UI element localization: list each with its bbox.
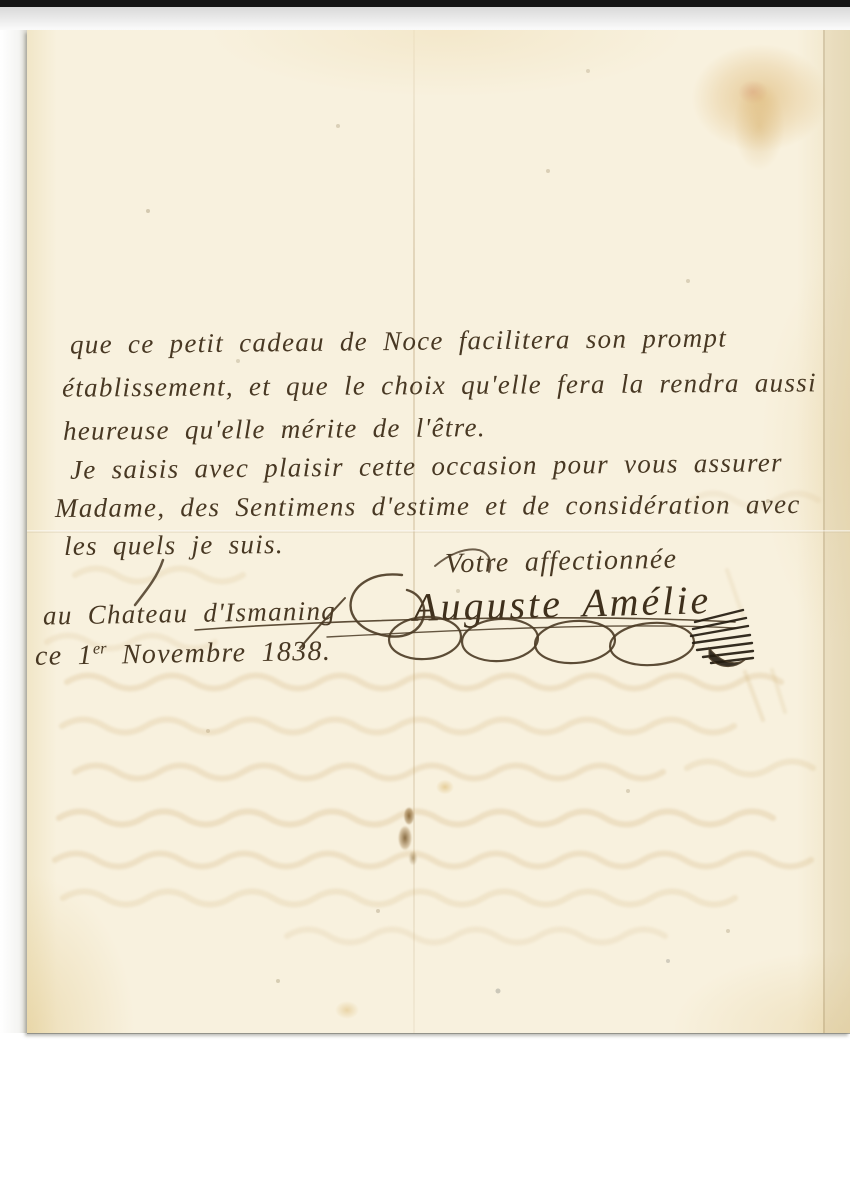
scanner-background-top — [0, 7, 850, 30]
pen-smudge — [691, 610, 753, 663]
scanner-background-left — [0, 30, 27, 1033]
scanner-edge-band — [0, 0, 850, 7]
signature-flourish — [27, 30, 850, 1033]
scanned-letter-page: que ce petit cadeau de Noce facilitera s… — [0, 0, 850, 1200]
letter-paper-sheet: que ce petit cadeau de Noce facilitera s… — [27, 30, 850, 1033]
